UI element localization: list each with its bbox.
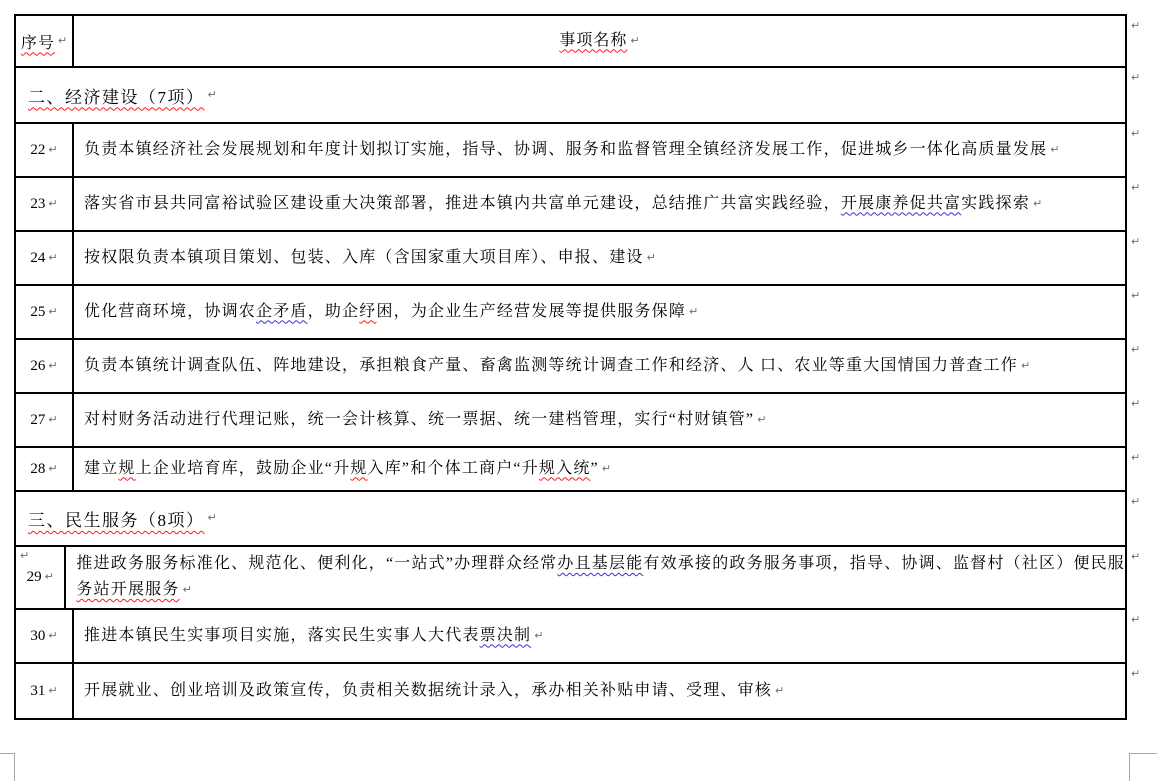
row-end-paragraph-mark: ↵ [1131, 397, 1140, 410]
table-row: 24↵按权限负责本镇项目策划、包装、入库（含国家重大项目库）、申报、建设↵ [16, 232, 1125, 286]
text-boundary-corner-right [1129, 753, 1157, 781]
row-end-paragraph-mark: ↵ [1131, 550, 1140, 563]
cell-item-text[interactable]: 开展就业、创业培训及政策宣传，负责相关数据统计录入，承办相关补贴申请、受理、审核… [74, 664, 1125, 718]
row-end-paragraph-mark: ↵ [1131, 495, 1140, 508]
text-run: 开展就业、创业培训及政策宣传，负责相关数据统计录入，承办相关补贴申请、受理、审核 [84, 682, 772, 699]
text-run: 三、民生服务（8项） [28, 506, 205, 531]
cell-num[interactable]: 28↵ [16, 448, 74, 490]
paragraph-mark: ↵ [45, 570, 54, 583]
text-run: 有效承接的政务服务事项，指导、协调、监督村（社区）便民服 [643, 555, 1125, 572]
row-end-paragraph-mark: ↵ [1131, 181, 1140, 194]
paragraph-mark: ↵ [1050, 137, 1059, 163]
text-run: 推进本镇民生实事项目实施，落实民生实事人大代表 [84, 627, 480, 644]
section-title-cell[interactable]: 二、经济建设（7项）↵ [16, 68, 1125, 122]
cell-num[interactable]: 30↵ [16, 610, 74, 662]
paragraph-mark: ↵ [48, 143, 57, 156]
cell-item-text[interactable]: 按权限负责本镇项目策划、包装、入库（含国家重大项目库）、申报、建设↵ [74, 232, 1125, 284]
item-number: 24 [30, 250, 45, 267]
row-end-paragraph-mark: ↵ [1131, 289, 1140, 302]
text-run: 优化营商环境，协调农 [84, 303, 256, 320]
paragraph-mark: ↵ [183, 577, 192, 603]
text-run: 企矛盾 [256, 303, 308, 320]
paragraph-mark: ↵ [208, 88, 217, 101]
table-row: 31↵开展就业、创业培训及政策宣传，负责相关数据统计录入，承办相关补贴申请、受理… [16, 664, 1125, 718]
text-run: 办且基层能 [557, 555, 643, 572]
text-run: 负责本镇经济社会发展规划和年度计划拟订实施，指导、协调、服务和监督管理全镇经济发… [84, 141, 1047, 158]
text-run: ” [591, 460, 599, 477]
cell-num[interactable]: ↵29↵ [16, 547, 66, 608]
cell-num[interactable]: 27↵ [16, 394, 74, 446]
cell-num[interactable]: 24↵ [16, 232, 74, 284]
text-run: 困，为企业生产经营发展等提供服务保障 [376, 303, 686, 320]
item-number: 23 [30, 196, 45, 213]
row-end-paragraph-mark: ↵ [1131, 667, 1140, 680]
paragraph-mark: ↵ [1021, 353, 1030, 379]
cell-item-text[interactable]: 建立规上企业培育库，鼓励企业“升规入库”和个体工商户“升规入统”↵ [74, 448, 1125, 490]
cell-item-text[interactable]: 落实省市县共同富裕试验区建设重大决策部署，推进本镇内共富单元建设，总结推广共富实… [74, 178, 1125, 230]
paragraph-mark: ↵ [48, 413, 57, 426]
item-number: 26 [30, 358, 45, 375]
row-end-paragraph-mark: ↵ [1131, 613, 1140, 626]
row-end-paragraph-mark: ↵ [1131, 235, 1140, 248]
text-run: 推进政务服务标准化、规范化、便利化，“一站式”办理群众经常 [76, 555, 557, 572]
text-line: 建立规上企业培育库，鼓励企业“升规入库”和个体工商户“升规入统”↵ [84, 456, 1125, 483]
text-run: 二、经济建设（7项） [28, 83, 205, 108]
text-line: 负责本镇经济社会发展规划和年度计划拟订实施，指导、协调、服务和监督管理全镇经济发… [84, 137, 1125, 164]
text-run: 上企业培育库，鼓励企业“升 [136, 460, 351, 477]
table-row: 30↵推进本镇民生实事项目实施，落实民生实事人大代表票决制↵ [16, 610, 1125, 664]
text-run: 规 [118, 460, 135, 477]
header-name-label: 事项名称 [559, 32, 627, 49]
section-row: 二、经济建设（7项）↵ [16, 68, 1125, 124]
text-boundary-corner-left [0, 753, 15, 781]
header-cell-num[interactable]: 序号↵ [16, 16, 74, 66]
paragraph-mark: ↵ [775, 678, 784, 704]
text-run: 开展康养促共富 [841, 195, 961, 212]
cell-item-text[interactable]: 负责本镇经济社会发展规划和年度计划拟订实施，指导、协调、服务和监督管理全镇经济发… [74, 124, 1125, 176]
item-number: 25 [30, 304, 45, 321]
text-run: 实践探索 [961, 195, 1030, 212]
item-number: 31 [30, 683, 45, 700]
document-page: 序号↵事项名称↵二、经济建设（7项）↵22↵负责本镇经济社会发展规划和年度计划拟… [0, 0, 1173, 781]
text-line: 推进本镇民生实事项目实施，落实民生实事人大代表票决制↵ [84, 623, 1125, 650]
paragraph-mark: ↵ [689, 299, 698, 325]
text-run: ，助企 [308, 303, 360, 320]
text-run: 负责本镇统计调查队伍、阵地建设，承担粮食产量、畜禽监测等统计调查工作和经济、人 … [84, 357, 1018, 374]
cell-num[interactable]: 25↵ [16, 286, 74, 338]
paragraph-mark: ↵ [1033, 191, 1042, 217]
table-row: 27↵对村财务活动进行代理记账，统一会计核算、统一票据、统一建档管理，实行“村财… [16, 394, 1125, 448]
text-line: 落实省市县共同富裕试验区建设重大决策部署，推进本镇内共富单元建设，总结推广共富实… [84, 191, 1125, 218]
paragraph-mark: ↵ [534, 623, 543, 649]
row-end-paragraph-mark: ↵ [1131, 451, 1140, 464]
cell-item-text[interactable]: 优化营商环境，协调农企矛盾，助企纾困，为企业生产经营发展等提供服务保障↵ [74, 286, 1125, 338]
paragraph-mark: ↵ [602, 456, 611, 482]
text-line: 按权限负责本镇项目策划、包装、入库（含国家重大项目库）、申报、建设↵ [84, 245, 1125, 272]
paragraph-mark: ↵ [48, 684, 57, 697]
item-number: 29 [27, 569, 42, 586]
table-row: 23↵落实省市县共同富裕试验区建设重大决策部署，推进本镇内共富单元建设，总结推广… [16, 178, 1125, 232]
item-number: 27 [30, 412, 45, 429]
paragraph-mark: ↵ [757, 407, 766, 433]
table-row: 28↵建立规上企业培育库，鼓励企业“升规入库”和个体工商户“升规入统”↵ [16, 448, 1125, 492]
cell-num[interactable]: 31↵ [16, 664, 74, 718]
text-line: 推进政务服务标准化、规范化、便利化，“一站式”办理群众经常办且基层能有效承接的政… [76, 551, 1125, 577]
table-row: 22↵负责本镇经济社会发展规划和年度计划拟订实施，指导、协调、服务和监督管理全镇… [16, 124, 1125, 178]
item-number: 22 [30, 142, 45, 159]
section-row: 三、民生服务（8项）↵ [16, 492, 1125, 547]
row-end-paragraph-mark: ↵ [1131, 71, 1140, 84]
row-end-paragraph-mark: ↵ [1131, 19, 1140, 32]
items-table: 序号↵事项名称↵二、经济建设（7项）↵22↵负责本镇经济社会发展规划和年度计划拟… [14, 14, 1127, 720]
text-run: 建立 [84, 460, 118, 477]
text-run: 规 [350, 460, 367, 477]
paragraph-mark: ↵ [48, 197, 57, 210]
row-end-paragraph-mark: ↵ [1131, 127, 1140, 140]
paragraph-mark: ↵ [20, 549, 29, 562]
text-line: 开展就业、创业培训及政策宣传，负责相关数据统计录入，承办相关补贴申请、受理、审核… [84, 678, 1125, 705]
paragraph-mark: ↵ [58, 34, 67, 47]
table-header-row: 序号↵事项名称↵ [16, 16, 1125, 68]
paragraph-mark: ↵ [208, 511, 217, 524]
paragraph-mark: ↵ [48, 251, 57, 264]
text-run: 落实省市县共同富裕试验区建设重大决策部署，推进本镇内共富单元建设，总结推广共富实… [84, 195, 841, 212]
paragraph-mark: ↵ [647, 245, 656, 271]
text-line: 优化营商环境，协调农企矛盾，助企纾困，为企业生产经营发展等提供服务保障↵ [84, 299, 1125, 326]
cell-item-text[interactable]: 对村财务活动进行代理记账，统一会计核算、统一票据、统一建档管理，实行“村财镇管”… [74, 394, 1125, 446]
item-number: 30 [30, 628, 45, 645]
row-end-paragraph-mark: ↵ [1131, 343, 1140, 356]
section-title-cell[interactable]: 三、民生服务（8项）↵ [16, 492, 1125, 545]
item-number: 28 [30, 461, 45, 478]
cell-item-text[interactable]: 负责本镇统计调查队伍、阵地建设，承担粮食产量、畜禽监测等统计调查工作和经济、人 … [74, 340, 1125, 392]
text-run: 对村财务活动进行代理记账，统一会计核算、统一票据、统一建档管理，实行“村财镇管” [84, 411, 754, 428]
paragraph-mark: ↵ [48, 629, 57, 642]
text-run: 纾 [359, 303, 376, 320]
header-num-label: 序号 [21, 30, 55, 53]
cell-item-text[interactable]: 推进政务服务标准化、规范化、便利化，“一站式”办理群众经常办且基层能有效承接的政… [66, 547, 1125, 608]
paragraph-mark: ↵ [48, 359, 57, 372]
text-run: 务站开展服务 [76, 581, 179, 598]
header-cell-name[interactable]: 事项名称↵ [74, 16, 1125, 66]
paragraph-mark: ↵ [48, 462, 57, 475]
cell-num[interactable]: 23↵ [16, 178, 74, 230]
text-line: 务站开展服务↵ [76, 577, 1125, 604]
table-row: 25↵优化营商环境，协调农企矛盾，助企纾困，为企业生产经营发展等提供服务保障↵ [16, 286, 1125, 340]
text-run: 入库”和个体工商户“升 [368, 460, 539, 477]
table-row: ↵29↵推进政务服务标准化、规范化、便利化，“一站式”办理群众经常办且基层能有效… [16, 547, 1125, 610]
text-run: 按权限负责本镇项目策划、包装、入库（含国家重大项目库）、申报、建设 [84, 249, 644, 266]
cell-item-text[interactable]: 推进本镇民生实事项目实施，落实民生实事人大代表票决制↵ [74, 610, 1125, 662]
paragraph-mark: ↵ [630, 28, 639, 54]
table-row: 26↵负责本镇统计调查队伍、阵地建设，承担粮食产量、畜禽监测等统计调查工作和经济… [16, 340, 1125, 394]
text-line: 负责本镇统计调查队伍、阵地建设，承担粮食产量、畜禽监测等统计调查工作和经济、人 … [84, 353, 1125, 380]
text-run: 票决制 [480, 627, 532, 644]
cell-num[interactable]: 22↵ [16, 124, 74, 176]
cell-num[interactable]: 26↵ [16, 340, 74, 392]
paragraph-mark: ↵ [48, 305, 57, 318]
text-line: 对村财务活动进行代理记账，统一会计核算、统一票据、统一建档管理，实行“村财镇管”… [84, 407, 1125, 434]
text-run: 规入统 [539, 460, 591, 477]
